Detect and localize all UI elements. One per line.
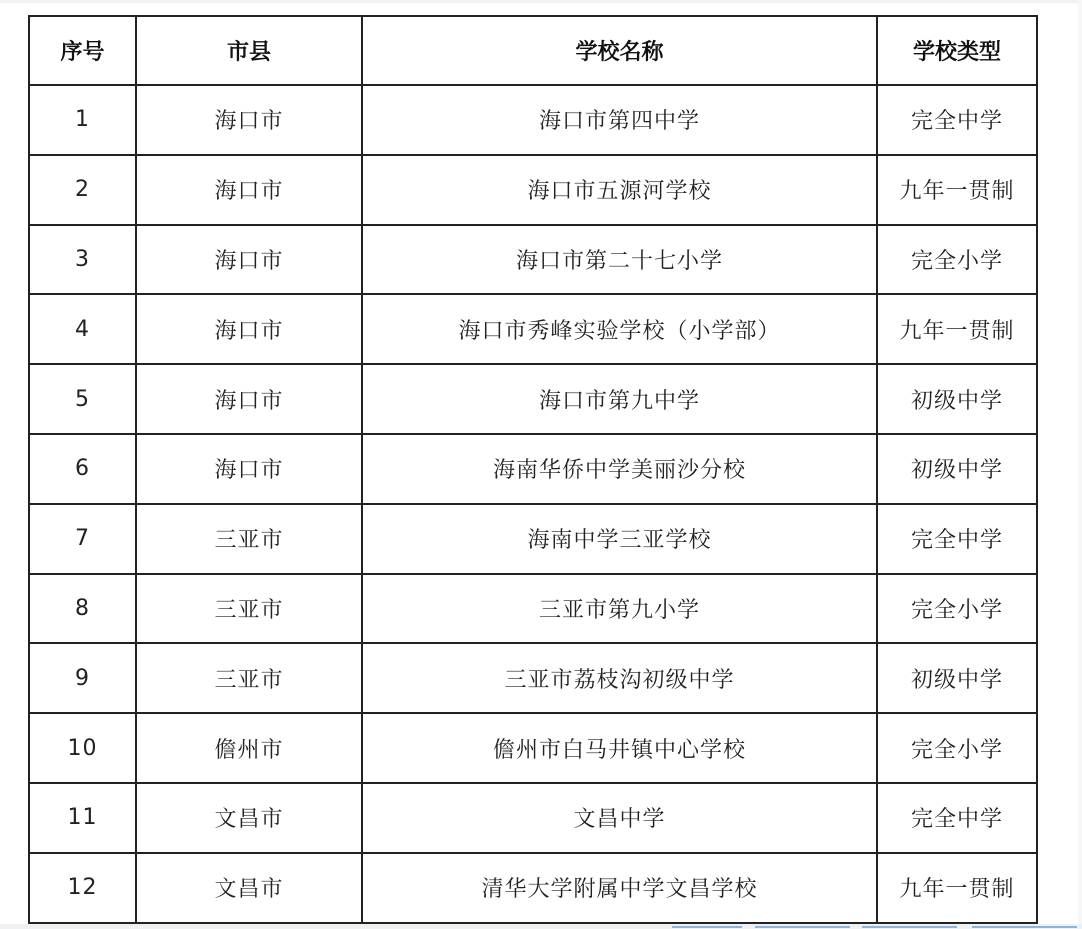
table-row: 7 三亚市 海南中学三亚学校 完全中学	[29, 504, 1037, 574]
cell-school-type: 完全小学	[877, 225, 1037, 295]
table-header-row: 序号 市县 学校名称 学校类型	[29, 16, 1037, 85]
header-index: 序号	[29, 16, 136, 85]
bottom-accent-bar	[862, 926, 957, 928]
cell-school-type: 完全中学	[877, 85, 1037, 155]
cell-index: 11	[29, 783, 136, 853]
cell-school-name: 海口市第二十七小学	[362, 225, 877, 295]
header-school-name: 学校名称	[362, 16, 877, 85]
cell-index: 7	[29, 504, 136, 574]
cell-index: 4	[29, 294, 136, 364]
header-city: 市县	[136, 16, 362, 85]
header-school-type: 学校类型	[877, 16, 1037, 85]
cell-school-name: 清华大学附属中学文昌学校	[362, 853, 877, 923]
cell-school-type: 九年一贯制	[877, 853, 1037, 923]
cell-city: 海口市	[136, 85, 362, 155]
cell-city: 三亚市	[136, 643, 362, 713]
cell-city: 三亚市	[136, 504, 362, 574]
cell-school-name: 海口市秀峰实验学校（小学部）	[362, 294, 877, 364]
cell-school-type: 初级中学	[877, 643, 1037, 713]
cell-city: 海口市	[136, 434, 362, 504]
cell-city: 文昌市	[136, 783, 362, 853]
cell-index: 3	[29, 225, 136, 295]
cell-index: 12	[29, 853, 136, 923]
bottom-accent-bar	[672, 926, 742, 928]
cell-city: 儋州市	[136, 713, 362, 783]
table-row: 2 海口市 海口市五源河学校 九年一贯制	[29, 155, 1037, 225]
table-row: 5 海口市 海口市第九中学 初级中学	[29, 364, 1037, 434]
cell-index: 1	[29, 85, 136, 155]
table-row: 4 海口市 海口市秀峰实验学校（小学部） 九年一贯制	[29, 294, 1037, 364]
cell-school-name: 海南华侨中学美丽沙分校	[362, 434, 877, 504]
table-row: 6 海口市 海南华侨中学美丽沙分校 初级中学	[29, 434, 1037, 504]
page-right-edge	[1078, 0, 1082, 929]
cell-school-name: 海口市第四中学	[362, 85, 877, 155]
cell-school-type: 初级中学	[877, 434, 1037, 504]
cell-school-name: 海口市第九中学	[362, 364, 877, 434]
table-row: 1 海口市 海口市第四中学 完全中学	[29, 85, 1037, 155]
cell-school-type: 九年一贯制	[877, 294, 1037, 364]
cell-index: 2	[29, 155, 136, 225]
cell-school-type: 初级中学	[877, 364, 1037, 434]
bottom-accent-bar	[972, 926, 1077, 928]
school-list-table: 序号 市县 学校名称 学校类型 1 海口市 海口市第四中学 完全中学 2 海口市…	[28, 15, 1038, 924]
cell-school-name: 文昌中学	[362, 783, 877, 853]
table-row: 12 文昌市 清华大学附属中学文昌学校 九年一贯制	[29, 853, 1037, 923]
page-top-edge	[0, 0, 1082, 3]
cell-city: 海口市	[136, 155, 362, 225]
cell-city: 海口市	[136, 294, 362, 364]
cell-school-type: 完全中学	[877, 504, 1037, 574]
table-row: 9 三亚市 三亚市荔枝沟初级中学 初级中学	[29, 643, 1037, 713]
cell-index: 9	[29, 643, 136, 713]
table-row: 11 文昌市 文昌中学 完全中学	[29, 783, 1037, 853]
cell-school-name: 海口市五源河学校	[362, 155, 877, 225]
cell-city: 文昌市	[136, 853, 362, 923]
table-row: 3 海口市 海口市第二十七小学 完全小学	[29, 225, 1037, 295]
cell-school-type: 完全小学	[877, 713, 1037, 783]
cell-school-name: 三亚市第九小学	[362, 574, 877, 644]
cell-school-name: 海南中学三亚学校	[362, 504, 877, 574]
table-row: 8 三亚市 三亚市第九小学 完全小学	[29, 574, 1037, 644]
cell-index: 8	[29, 574, 136, 644]
cell-school-type: 完全中学	[877, 783, 1037, 853]
cell-school-type: 完全小学	[877, 574, 1037, 644]
cell-index: 5	[29, 364, 136, 434]
table-row: 10 儋州市 儋州市白马井镇中心学校 完全小学	[29, 713, 1037, 783]
cell-city: 海口市	[136, 225, 362, 295]
cell-school-name: 三亚市荔枝沟初级中学	[362, 643, 877, 713]
cell-city: 三亚市	[136, 574, 362, 644]
cell-school-name: 儋州市白马井镇中心学校	[362, 713, 877, 783]
cell-school-type: 九年一贯制	[877, 155, 1037, 225]
bottom-accent-bar	[755, 926, 850, 928]
cell-index: 6	[29, 434, 136, 504]
cell-city: 海口市	[136, 364, 362, 434]
cell-index: 10	[29, 713, 136, 783]
